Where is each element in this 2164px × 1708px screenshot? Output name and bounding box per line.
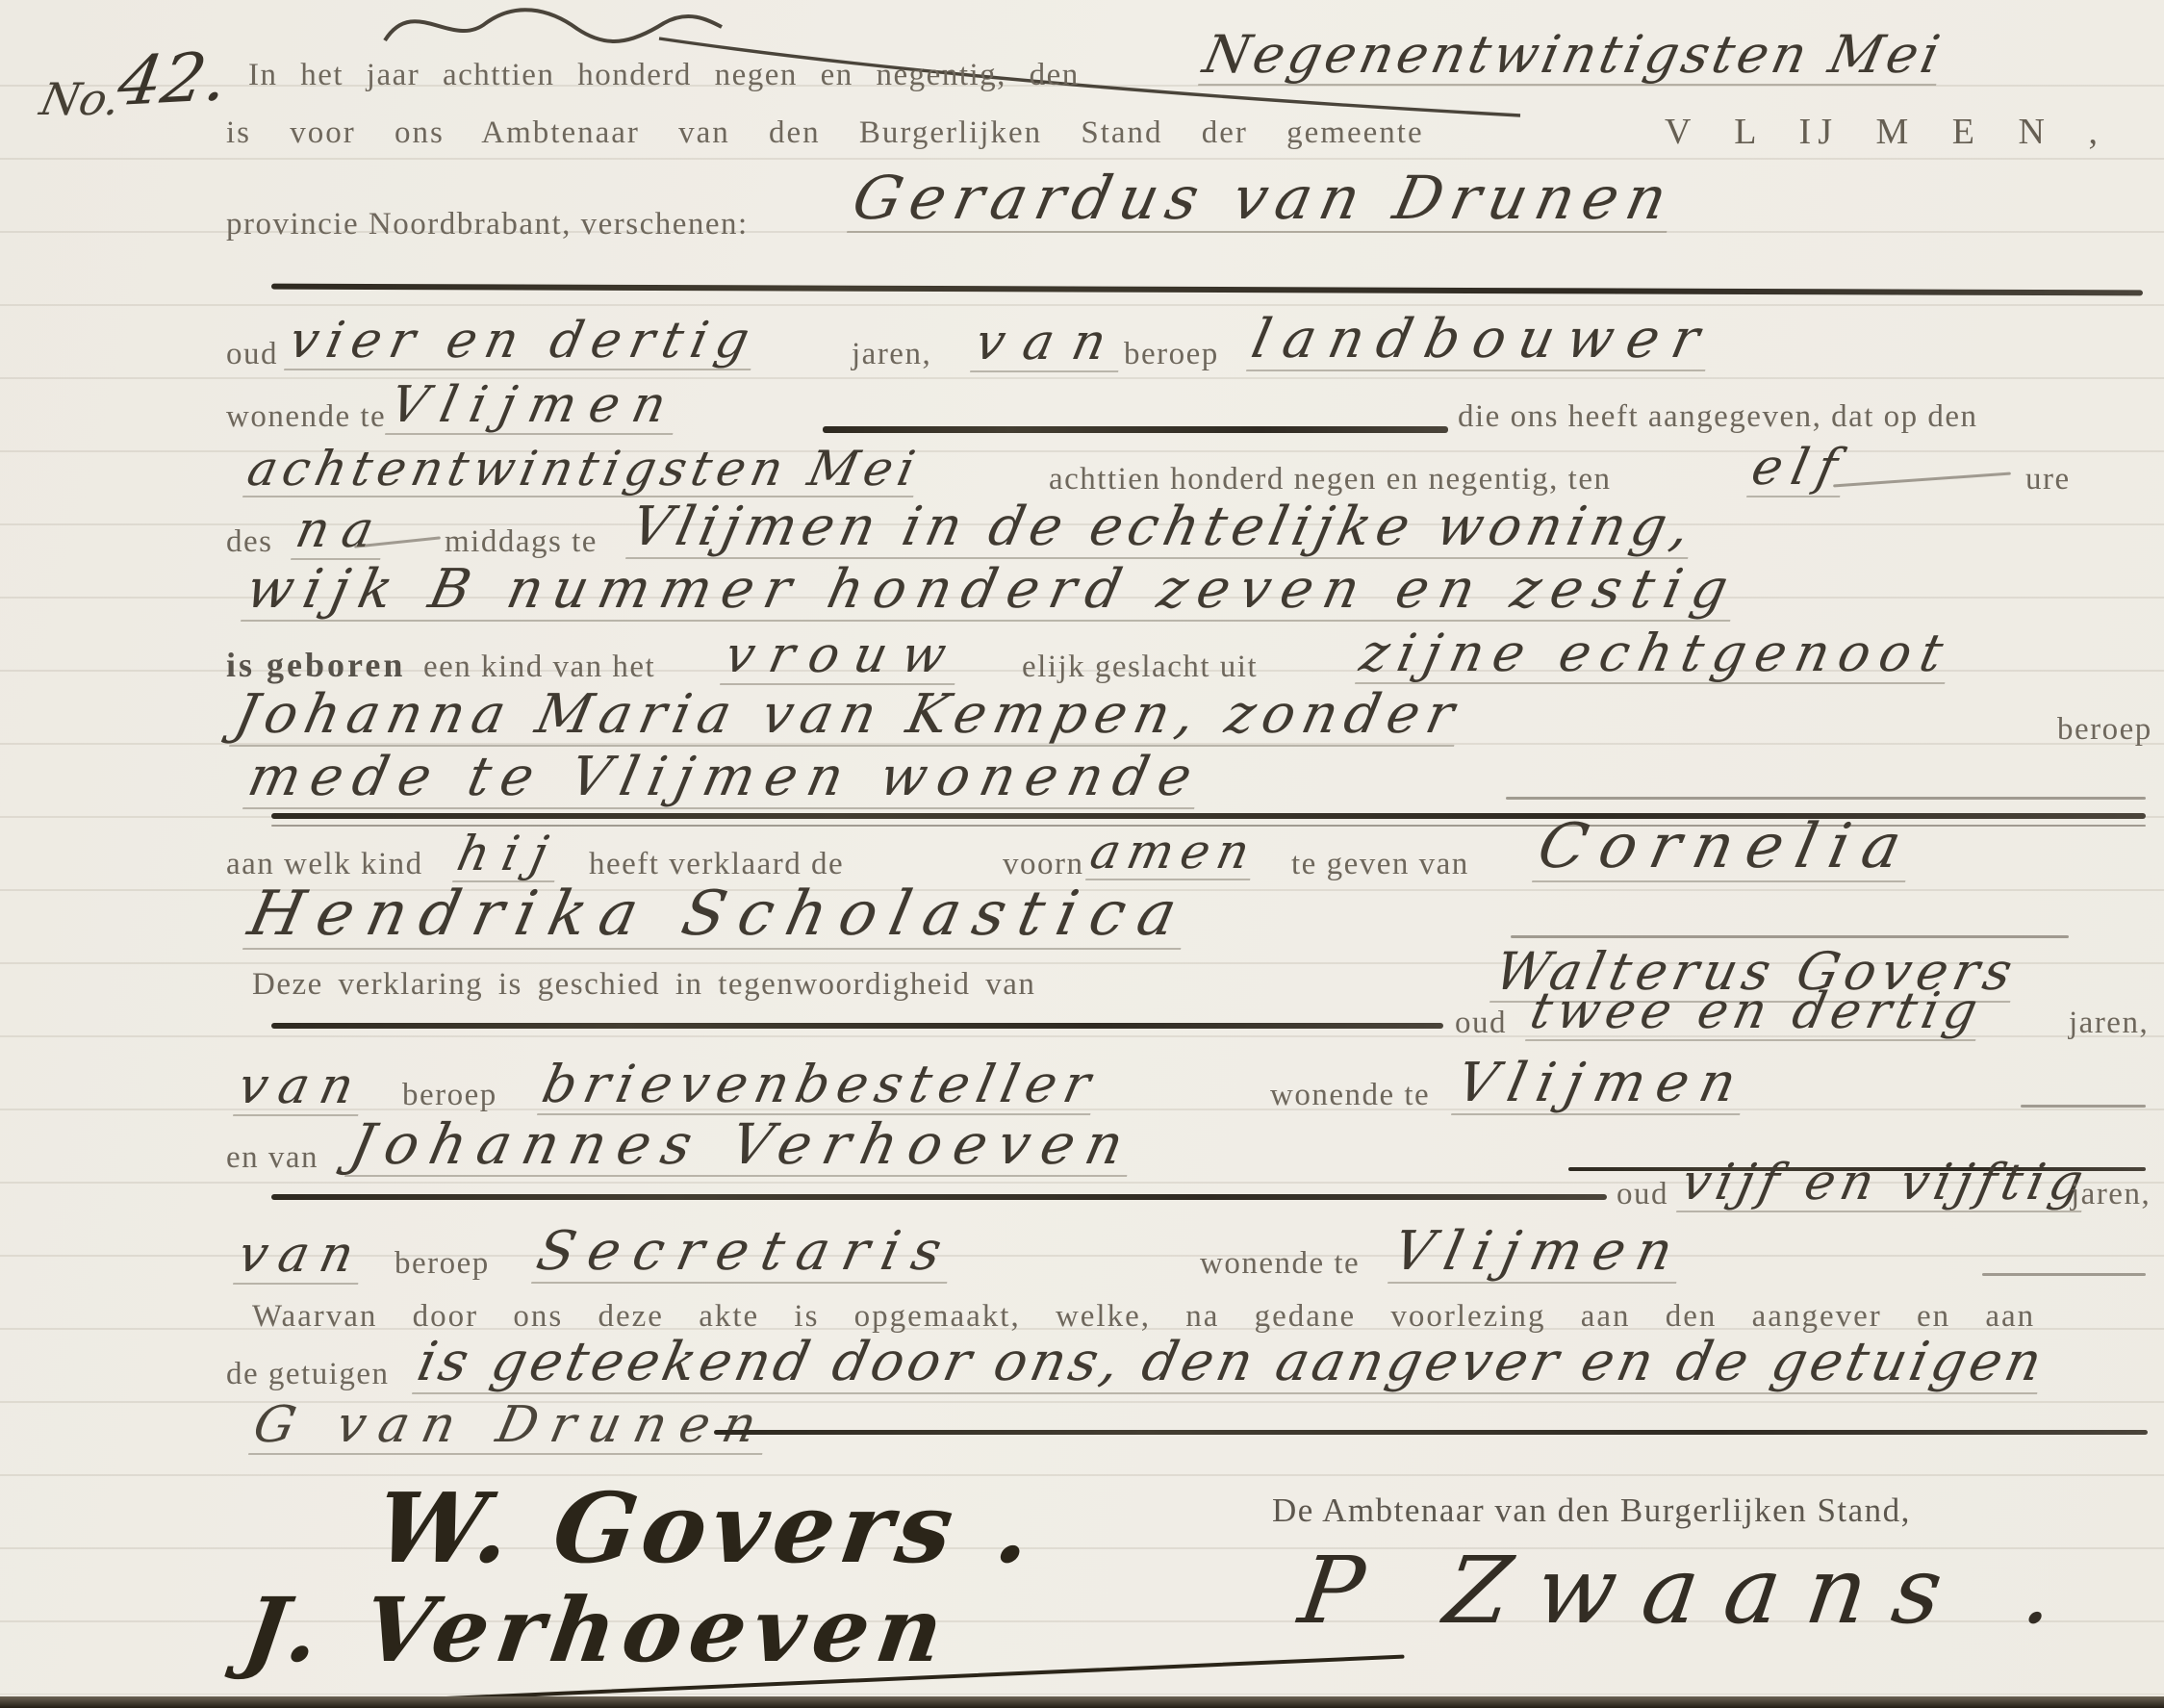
witness1-oud: oud bbox=[1455, 1007, 1507, 1039]
witness1-van-entry: van bbox=[233, 1061, 369, 1116]
occupation-entry: landbouwer bbox=[1246, 313, 1718, 371]
address-entry: wijk B nummer honderd zeven en zestig bbox=[241, 563, 1743, 622]
is-geboren-printed: is geboren bbox=[226, 648, 405, 682]
age-oud: oud bbox=[226, 339, 278, 370]
birthplace-des: des bbox=[226, 526, 273, 558]
officer-signature: P Zwaans . bbox=[1294, 1544, 2087, 1637]
sex-entry: vrouw bbox=[720, 630, 966, 685]
birth-printed2: elijk geslacht uit bbox=[1022, 651, 1258, 683]
birthhour-flourish bbox=[1833, 472, 2011, 488]
residence-entry: Vlijmen bbox=[385, 380, 684, 435]
names-printed1: aan welk kind bbox=[226, 849, 423, 880]
names-flourish bbox=[1511, 935, 2069, 938]
witness1-jaren: jaren, bbox=[2069, 1007, 2149, 1039]
closing-line1-printed: Waarvan door ons deze akte is opgemaakt,… bbox=[252, 1301, 2035, 1333]
declarant-signature: G van Drunen bbox=[248, 1400, 774, 1455]
province-line-printed: provincie Noordbrabant, verschenen: bbox=[226, 209, 749, 241]
record-number-label: No. bbox=[37, 77, 125, 121]
mother-beroep-printed: beroep bbox=[2057, 714, 2152, 746]
witness2-signature: J. Verhoeven bbox=[239, 1586, 955, 1674]
residence-printed1: wonende te bbox=[226, 401, 386, 433]
witness1-wonende: wonende te bbox=[1270, 1080, 1430, 1111]
witness1-occupation-entry: brievenbesteller bbox=[537, 1058, 1103, 1115]
witness2-age-entry: vijf en vijftig bbox=[1676, 1158, 2093, 1212]
witness2-fill-rule-b bbox=[271, 1194, 1607, 1200]
witness2-jaren: jaren, bbox=[2071, 1179, 2151, 1211]
witness2-place-flourish bbox=[1982, 1273, 2146, 1276]
age-entry: vier en dertig bbox=[284, 316, 762, 370]
year-line-entry: Negenentwintigsten Mei bbox=[1198, 29, 1948, 86]
birthhour-entry: elf bbox=[1746, 443, 1851, 497]
witness2-occupation-entry: Secretaris bbox=[531, 1225, 959, 1284]
spouse-entry: zijne echtgenoot bbox=[1355, 627, 1957, 684]
names-hij-entry: hij bbox=[452, 829, 565, 882]
child-name1-entry: Cornelia bbox=[1532, 816, 1920, 882]
official-line-printed: is voor ons Ambtenaar van den Burgerlijk… bbox=[226, 117, 1424, 149]
witness1-place-flourish bbox=[2021, 1105, 2146, 1108]
names-voorn-printed: voorn bbox=[1003, 849, 1084, 880]
witness-intro-printed: Deze verklaring is geschied in tegenwoor… bbox=[252, 969, 1035, 1001]
witness2-name-entry: Johannes Verhoeven bbox=[344, 1116, 1139, 1177]
witness2-oud: oud bbox=[1617, 1179, 1668, 1211]
witness1-signature: W. Govers . bbox=[370, 1480, 1043, 1576]
mother-residence-flourish bbox=[1506, 797, 2146, 800]
age-beroep: beroep bbox=[1124, 339, 1219, 370]
witness1-beroep: beroep bbox=[402, 1080, 497, 1111]
mother-residence-entry: mede te Vlijmen wonende bbox=[242, 751, 1207, 809]
witness2-place-entry: Vlijmen bbox=[1388, 1225, 1689, 1284]
signature-fill-rule bbox=[714, 1430, 2148, 1435]
age-van: van bbox=[970, 318, 1130, 372]
birthplace-entry: Vlijmen in de echtelijke woning, bbox=[625, 500, 1700, 559]
witness2-van-entry: van bbox=[233, 1230, 369, 1285]
closing-line2-entry: is geteekend door ons, den aangever en d… bbox=[412, 1336, 2049, 1394]
witness2-printed: en van bbox=[226, 1142, 318, 1174]
birthhour-ure: ure bbox=[2025, 464, 2071, 496]
names-amen-entry: amen bbox=[1085, 828, 1261, 880]
daypart-entry: na bbox=[291, 505, 392, 560]
age-jaren: jaren, bbox=[852, 339, 931, 370]
closing-line2-printed: de getuigen bbox=[226, 1359, 390, 1390]
declarant-name-entry: Gerardus van Drunen bbox=[847, 168, 1680, 233]
witness1-age-entry: twee en dertig bbox=[1525, 986, 1987, 1041]
birthdate-entry: achtentwintigsten Mei bbox=[242, 445, 925, 497]
year-line-printed: In het jaar achttien honderd negen en ne… bbox=[248, 60, 1080, 91]
birth-printed1: een kind van het bbox=[423, 651, 655, 683]
witness2-beroep: beroep bbox=[395, 1248, 490, 1280]
witness1-fill-rule bbox=[271, 1023, 1443, 1029]
birthdate-printed: achttien honderd negen en negentig, ten bbox=[1049, 464, 1611, 496]
child-name2-entry: Hendrika Scholastica bbox=[242, 883, 1195, 950]
residence-printed2: die ons heeft aangegeven, dat op den bbox=[1458, 401, 1978, 433]
birthplace-middags: middags te bbox=[445, 526, 598, 558]
birth-certificate-scan: No. 42. In het jaar achttien honderd neg… bbox=[0, 0, 2164, 1708]
officer-title-printed: De Ambtenaar van den Burgerlijken Stand, bbox=[1272, 1493, 1911, 1527]
names-printed2: heeft verklaard de bbox=[589, 849, 844, 880]
witness2-wonende: wonende te bbox=[1200, 1248, 1360, 1280]
witness1-place-entry: Vlijmen bbox=[1451, 1057, 1752, 1115]
scan-bottom-edge bbox=[0, 1696, 2164, 1708]
names-printed3: te geven van bbox=[1291, 849, 1469, 880]
mother-name-entry: Johanna Maria van Kempen, zonder bbox=[229, 688, 1466, 747]
residence-fill-rule bbox=[823, 426, 1448, 433]
municipality-name: V L IJ M E N , bbox=[1665, 114, 2104, 150]
section-rule-1 bbox=[271, 284, 2143, 296]
record-number: 42. bbox=[114, 42, 233, 115]
